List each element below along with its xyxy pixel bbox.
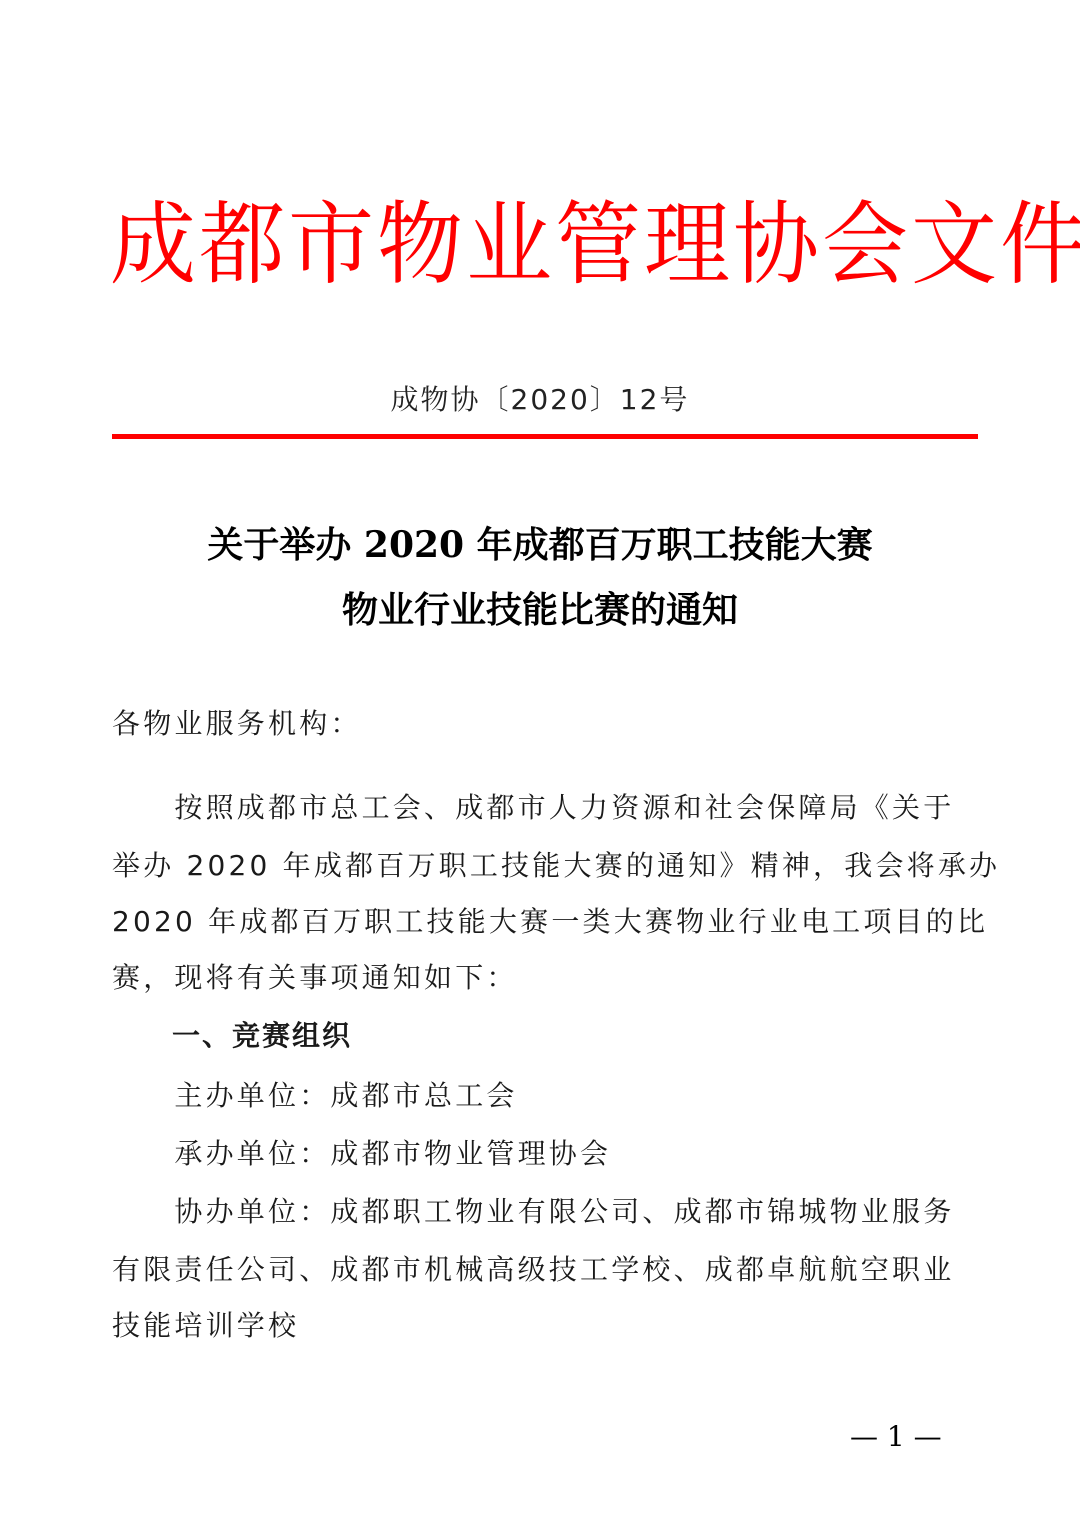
page-number: — 1 — <box>850 1420 942 1453</box>
host-line: 承办单位：成都市物业管理协会 <box>112 1126 982 1182</box>
masthead: 成都市物业管理协会文件 <box>110 187 980 303</box>
title-line-1: 关于举办 2020 年成都百万职工技能大赛 <box>0 515 1080 575</box>
red-divider <box>112 434 978 439</box>
document-number: 成物协〔2020〕12号 <box>0 375 1080 425</box>
co-organizer-line-1: 协办单位：成都职工物业有限公司、成都市锦城物业服务 <box>112 1184 982 1240</box>
organizer-line: 主办单位：成都市总工会 <box>112 1068 982 1124</box>
intro-line-4: 赛，现将有关事项通知如下： <box>112 950 982 1006</box>
intro-line-1: 按照成都市总工会、成都市人力资源和社会保障局《关于 <box>112 780 982 836</box>
co-organizer-line-2: 有限责任公司、成都市机械高级技工学校、成都卓航航空职业 <box>112 1242 982 1298</box>
intro-line-3: 2020 年成都百万职工技能大赛一类大赛物业行业电工项目的比 <box>112 894 982 950</box>
title-line-2: 物业行业技能比赛的通知 <box>0 580 1080 640</box>
co-organizer-line-3: 技能培训学校 <box>112 1298 982 1354</box>
intro-line-2: 举办 2020 年成都百万职工技能大赛的通知》精神，我会将承办 <box>112 838 982 894</box>
salutation: 各物业服务机构： <box>112 696 982 752</box>
section-heading-competition-organization: 一、竞赛组织 <box>112 1008 982 1064</box>
